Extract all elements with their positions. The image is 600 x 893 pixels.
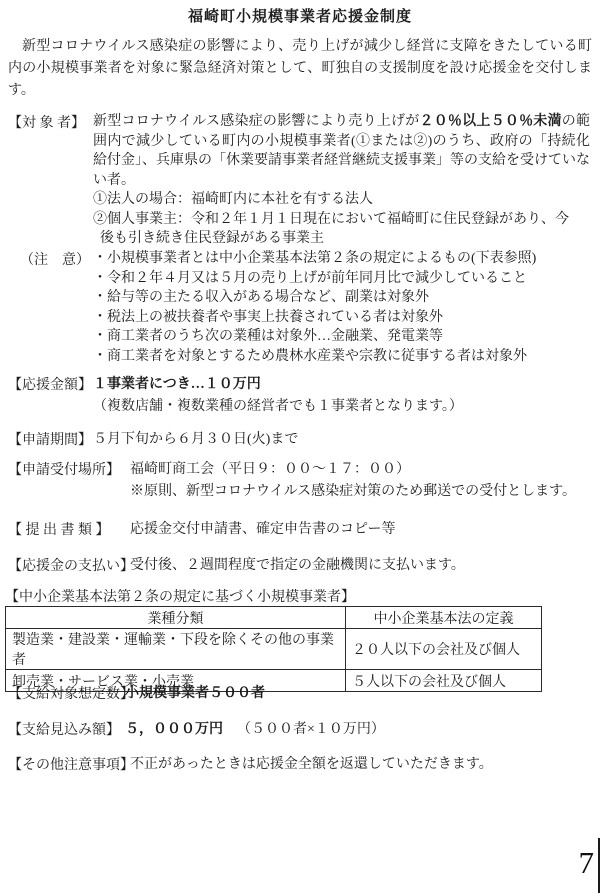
- section-target-label: 【対 象 者】: [8, 112, 85, 132]
- table-header-definition: 中小企業基本法の定義: [346, 607, 542, 629]
- estimate-amount-line: ５，０００万円（５００者×１０万円）: [125, 719, 592, 741]
- doc-title: 福崎町小規模事業者応援金制度: [0, 5, 600, 26]
- section-payment-label: 【応援金の支払い】: [8, 555, 134, 575]
- estimate-amount-value: ５，０００万円: [125, 722, 223, 737]
- section-amount-label: 【応援金額】: [8, 374, 92, 394]
- amount-note: （複数店舗・複数業種の経営者でも１事業者となります。）: [93, 396, 590, 418]
- note-bullet-5: ・商工業者のうち次の業種は対象外…金融業、発電業等: [93, 327, 590, 347]
- section-other-label: 【その他注意事項】: [8, 754, 134, 774]
- table-cell-definition: ２０人以下の会社及び個人: [346, 629, 542, 670]
- section-target: 【対 象 者】 新型コロナウイルス感染症の影響により売り上げが２０％以上５０％未…: [0, 112, 600, 249]
- table-cell-industry: 製造業・建設業・運輸業・下段を除くその他の事業者: [6, 629, 346, 670]
- section-estimate-amount: 【支給見込み額】 ５，０００万円（５００者×１０万円）: [0, 719, 600, 741]
- table-row: 製造業・建設業・運輸業・下段を除くその他の事業者 ２０人以下の会社及び個人: [6, 629, 542, 670]
- target-item-2: ②個人事業主：令和２年１月１日現在において福崎町に住民登録があり、今: [93, 210, 590, 230]
- note-bullet-6: ・商工業者を対象とするため農林水産業や宗教に従事する者は対象外: [93, 347, 590, 367]
- section-note: （注 意） ・小規模事業者とは中小企業基本法第２条の規定によるもの(下表参照) …: [0, 249, 600, 366]
- section-payment: 【応援金の支払い】 受付後、２週間程度で指定の金融機関に支払います。: [0, 555, 600, 577]
- other-value: 不正があったときは応援金全額を返還していただきます。: [130, 754, 592, 776]
- target-body: 新型コロナウイルス感染症の影響により売り上げが２０％以上５０％未満の範囲内で減少…: [93, 112, 590, 190]
- target-body-bold: ２０％以上５０％未満: [419, 114, 561, 129]
- reception-note: ※原則、新型コロナウイルス感染症対策のため郵送での受付とします。: [130, 481, 592, 503]
- documents-value: 応援金交付申請書、確定申告書のコピー等: [130, 519, 592, 541]
- target-item-1: ①法人の場合：福崎町内に本社を有する法人: [93, 190, 590, 210]
- estimate-amount-note: （５００者×１０万円）: [237, 722, 385, 737]
- target-item-2-cont: 後も引き続き住民登録がある事業主: [93, 229, 590, 249]
- reception-value: 福崎町商工会（平日９：００～１７：００）: [130, 459, 592, 481]
- note-bullet-3: ・給与等の主たる収入がある場合など、副業は対象外: [93, 288, 590, 308]
- note-bullet-1: ・小規模事業者とは中小企業基本法第２条の規定によるもの(下表参照): [93, 249, 590, 269]
- note-bullet-2: ・令和２年４月又は５月の売り上げが前年同月比で減少していること: [93, 269, 590, 289]
- intro-paragraph: 新型コロナウイルス感染症の影響により、売り上げが減少し経営に支障をきたしている町…: [8, 36, 592, 102]
- section-period: 【申請期間】 ５月下旬から６月３０日(火)まで: [0, 429, 600, 451]
- section-reception-label: 【申請受付場所】: [8, 459, 120, 479]
- note-bullet-4: ・税法上の被扶養者や事実上扶養されている者は対象外: [93, 308, 590, 328]
- section-reception: 【申請受付場所】 福崎町商工会（平日９：００～１７：００） ※原則、新型コロナウ…: [0, 459, 600, 502]
- period-value: ５月下旬から６月３０日(火)まで: [93, 429, 590, 451]
- table-header-industry: 業種分類: [6, 607, 346, 629]
- section-note-label: （注 意）: [20, 249, 90, 269]
- section-estimate-count-label: 【支給対象想定数】: [8, 683, 134, 703]
- section-documents-label: 【 提 出 書 類 】: [8, 519, 110, 539]
- estimate-count-value: 小規模事業者５００者: [125, 683, 592, 705]
- section-other: 【その他注意事項】 不正があったときは応援金全額を返還していただきます。: [0, 754, 600, 776]
- section-estimate-count: 【支給対象想定数】 小規模事業者５００者: [0, 683, 600, 705]
- table-title: 【中小企業基本法第２条の規定に基づく小規模事業者】: [5, 590, 355, 606]
- definition-table: 業種分類 中小企業基本法の定義 製造業・建設業・運輸業・下段を除くその他の事業者…: [5, 606, 542, 692]
- payment-value: 受付後、２週間程度で指定の金融機関に支払います。: [130, 555, 592, 577]
- amount-value: １事業者につき…１０万円: [93, 374, 590, 396]
- table-header-row: 業種分類 中小企業基本法の定義: [6, 607, 542, 629]
- section-documents: 【 提 出 書 類 】 応援金交付申請書、確定申告書のコピー等: [0, 519, 600, 541]
- page-number: 7: [579, 846, 595, 880]
- section-period-label: 【申請期間】: [8, 429, 92, 449]
- section-amount: 【応援金額】 １事業者につき…１０万円 （複数店舗・複数業種の経営者でも１事業者…: [0, 374, 600, 417]
- section-estimate-amount-label: 【支給見込み額】: [8, 719, 120, 739]
- target-body-pre: 新型コロナウイルス感染症の影響により売り上げが: [93, 114, 419, 129]
